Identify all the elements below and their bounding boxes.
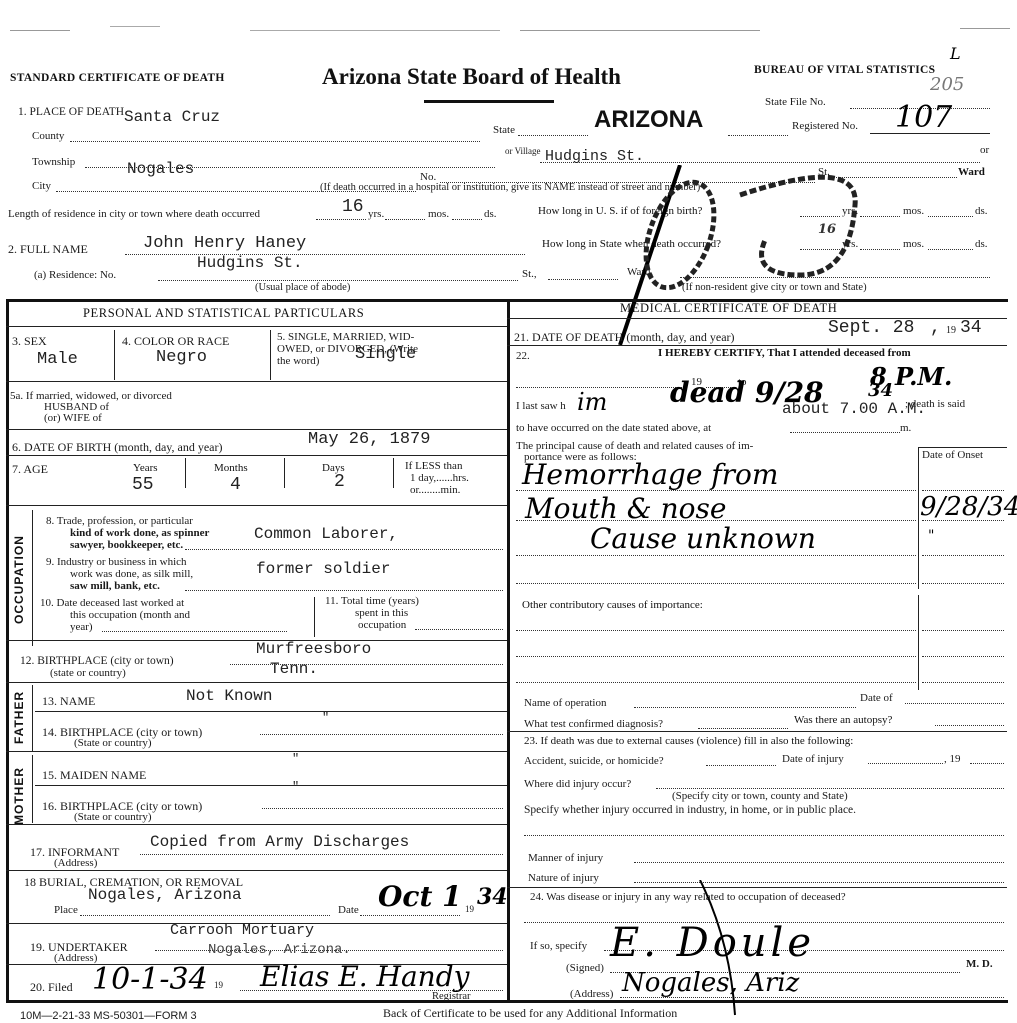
other-onset-field-2[interactable] — [922, 656, 1004, 657]
other-cause-field-2[interactable] — [516, 656, 916, 657]
operation-label: Name of operation — [524, 697, 606, 709]
mother-maiden-label: 15. MAIDEN NAME — [42, 768, 146, 783]
date-of-death-value: Sept. 28 — [828, 318, 914, 338]
nature-label: Nature of injury — [528, 872, 599, 884]
burial-date-value: Oct 1 — [378, 880, 462, 913]
father-name-label: 13. NAME — [42, 694, 95, 709]
registered-value: 107 — [895, 100, 952, 135]
row-divider — [507, 887, 1007, 888]
onset-field-4[interactable] — [922, 583, 1004, 584]
city-label: City — [32, 180, 51, 192]
years-label: Years — [133, 462, 158, 474]
filed-year-prefix: 19 — [214, 980, 223, 990]
father-birthplace-label-2: (State or country) — [74, 737, 152, 749]
mother-maiden-value: " — [292, 752, 299, 766]
row-divider — [35, 785, 507, 786]
scan-noise — [520, 30, 760, 31]
specify-field[interactable] — [524, 835, 1004, 836]
bureau-title: BUREAU OF VITAL STATISTICS — [754, 64, 935, 76]
registrar-signature: Elias E. Handy — [260, 960, 469, 993]
side-divider — [32, 755, 33, 823]
undertaker-address-value: Nogales, Arizona. — [208, 942, 351, 958]
sex-value: Male — [37, 350, 78, 369]
filed-value: 10-1-34 — [92, 962, 208, 997]
cause-field-1[interactable] — [516, 490, 916, 491]
last-worked-field[interactable] — [102, 631, 287, 632]
place-of-death-label: 1. PLACE OF DEATH — [18, 106, 124, 118]
father-birthplace-field[interactable] — [260, 734, 503, 735]
injury-date-label: Date of injury — [782, 753, 844, 765]
pen-stroke — [690, 880, 750, 1020]
cell-divider — [270, 330, 271, 380]
state-days-field[interactable] — [928, 249, 973, 250]
mos-label: mos. — [428, 208, 449, 220]
autopsy-field[interactable] — [935, 725, 1004, 726]
industry-field[interactable] — [185, 590, 503, 591]
county-label: County — [32, 130, 64, 142]
informant-address-label: (Address) — [54, 857, 97, 869]
cause-field-4[interactable] — [516, 583, 916, 584]
other-onset-field-3[interactable] — [922, 682, 1004, 683]
state-file-label: State File No. — [765, 96, 826, 108]
days-value: 2 — [334, 472, 345, 492]
village-label: or Village — [505, 146, 541, 156]
autopsy-label: Was there an autopsy? — [794, 714, 892, 726]
residence-st-label: St., — [522, 268, 537, 280]
township-label: Township — [32, 156, 75, 168]
onset-field-3[interactable] — [922, 555, 1004, 556]
full-name-value: John Henry Haney — [143, 234, 306, 253]
cause-field-3[interactable] — [516, 555, 916, 556]
operation-date-label: Date of — [860, 692, 893, 704]
state-file-stamp: 205 — [930, 74, 964, 95]
where-label: Where did injury occur? — [524, 778, 631, 790]
other-causes-label: Other contributory causes of importance: — [522, 599, 703, 611]
residence-months-field[interactable] — [385, 219, 425, 220]
full-name-field[interactable] — [125, 254, 525, 255]
birthplace-field[interactable] — [230, 664, 503, 665]
residence-length-label: Length of residence in city or town wher… — [8, 208, 260, 220]
burial-year-value: 34 — [477, 884, 508, 910]
accident-field[interactable] — [706, 765, 776, 766]
undertaker-address-label: (Address) — [54, 952, 97, 964]
industry-label-1: 9. Industry or business in which — [46, 556, 187, 568]
undertaker-value: Carrooh Mortuary — [170, 922, 314, 939]
father-name-value: Not Known — [186, 687, 272, 705]
or-label: or — [980, 144, 989, 156]
father-side-label: FATHER — [12, 691, 26, 744]
burial-date-label: Date — [338, 904, 359, 916]
onset-divider-lower — [918, 595, 919, 690]
md-label: M. D. — [966, 958, 993, 970]
registrar-label: Registrar — [432, 991, 471, 1002]
mother-side-label: MOTHER — [12, 767, 26, 825]
filed-label: 20. Filed — [30, 980, 73, 995]
cell-divider — [114, 330, 115, 380]
external-causes-label: 23. If death was due to external causes … — [524, 735, 853, 747]
birthplace-label-1: 12. BIRTHPLACE (city or town) — [20, 655, 174, 667]
burial-place-value: Nogales, Arizona — [88, 886, 242, 904]
form-code: 10M—2-21-33 MS-50301—FORM 3 — [20, 1010, 197, 1022]
where-field[interactable] — [656, 788, 1004, 789]
county-value: Santa Cruz — [124, 108, 220, 126]
injury-year-prefix: , 19 — [944, 753, 961, 765]
residence-field[interactable] — [158, 280, 518, 281]
total-time-label-3: occupation — [358, 619, 406, 631]
cell-divider — [284, 458, 285, 488]
mother-birthplace-value: " — [292, 780, 299, 794]
row-divider — [507, 731, 1007, 732]
operation-field[interactable] — [634, 707, 856, 708]
other-onset-field-1[interactable] — [922, 630, 1004, 631]
cell-divider — [393, 458, 394, 488]
back-of-certificate-note: Back of Certificate to be used for any A… — [383, 1006, 677, 1021]
medical-section-title: MEDICAL CERTIFICATE OF DEATH — [620, 301, 837, 316]
main-box-left — [6, 299, 9, 1001]
side-divider — [32, 685, 33, 751]
row-divider — [35, 711, 507, 712]
manner-label: Manner of injury — [528, 852, 603, 864]
residence-days-field[interactable] — [452, 219, 482, 220]
mother-birthplace-label-2: (State or country) — [74, 811, 152, 823]
yrs-label: yrs. — [368, 208, 384, 220]
row-divider — [6, 751, 507, 752]
date-of-death-year-prefix: 19 — [946, 325, 956, 336]
where-note: (Specify city or town, county and State) — [672, 790, 848, 802]
birthplace-state-value: Tenn. — [270, 660, 318, 678]
birthplace-city-value: Murfreesboro — [256, 640, 371, 658]
test-field[interactable] — [698, 728, 788, 729]
spouse-label-3: (or) WIFE of — [44, 412, 102, 424]
cause-line-3: Cause unknown — [590, 522, 816, 555]
row-divider — [6, 455, 507, 456]
occurred-label: to have occurred on the date stated abov… — [516, 422, 711, 434]
full-name-label: 2. FULL NAME — [8, 242, 88, 257]
certify-number: 22. — [516, 350, 530, 362]
personal-section-title: PERSONAL AND STATISTICAL PARTICULARS — [83, 306, 364, 321]
sex-label: 3. SEX — [12, 334, 47, 349]
state-value: ARIZONA — [594, 106, 703, 134]
mother-birthplace-field[interactable] — [262, 808, 503, 809]
row-divider — [6, 682, 507, 683]
residence-years-field[interactable] — [316, 219, 366, 220]
row-divider — [6, 429, 507, 430]
informant-value: Copied from Army Discharges — [150, 833, 409, 851]
scan-noise — [250, 30, 500, 31]
less-than-label-2: 1 day,......hrs. — [410, 472, 469, 484]
onset-top — [918, 447, 1007, 448]
operation-date-field[interactable] — [905, 703, 1004, 704]
city-value: Nogales — [127, 160, 194, 178]
m-label: m. — [900, 422, 911, 434]
scan-noise — [10, 30, 70, 31]
dob-label: 6. DATE OF BIRTH (month, day, and year) — [12, 440, 222, 455]
date-of-death-comma: , — [930, 318, 941, 338]
row-divider — [6, 505, 507, 506]
age-label: 7. AGE — [12, 462, 48, 477]
last-worked-label-2: this occupation (month and — [70, 609, 190, 621]
less-than-label-1: If LESS than — [405, 460, 462, 472]
ds-label: ds. — [484, 208, 497, 220]
ward-label: Ward — [958, 166, 985, 178]
father-birthplace-value: " — [322, 711, 329, 725]
industry-value: former soldier — [256, 560, 390, 578]
test-label: What test confirmed diagnosis? — [524, 718, 663, 730]
certificate-type-title: STANDARD CERTIFICATE OF DEATH — [10, 72, 225, 84]
last-saw-pronoun: im — [577, 388, 607, 416]
trade-label-1: 8. Trade, profession, or particular — [46, 515, 193, 527]
dob-value: May 26, 1879 — [308, 430, 430, 449]
physician-address-label: (Address) — [570, 988, 613, 1000]
onset-value-3: " — [928, 528, 934, 544]
trade-label-2: kind of work done, as spinner — [70, 527, 209, 539]
last-worked-label-1: 10. Date deceased last worked at — [40, 597, 184, 609]
cause-field-2[interactable] — [516, 520, 916, 521]
certify-text: I HEREBY CERTIFY, That I attended deceas… — [658, 347, 911, 359]
us-mos-label: mos. — [903, 205, 924, 217]
state-field-line-right — [728, 135, 788, 136]
onset-value-2: 9/28/34 — [920, 492, 1017, 522]
side-divider — [32, 510, 33, 646]
onset-field-1[interactable] — [922, 490, 1004, 491]
total-time-label-1: 11. Total time (years) — [325, 595, 419, 607]
cell-divider — [314, 597, 315, 637]
injury-date-field[interactable] — [868, 763, 943, 764]
total-time-field[interactable] — [415, 629, 503, 630]
months-value: 4 — [230, 475, 241, 495]
years-value: 55 — [132, 475, 154, 495]
occurred-time-field[interactable] — [790, 432, 900, 433]
marital-label-1: 5. SINGLE, MARRIED, WID- — [277, 331, 414, 343]
signed-label: (Signed) — [566, 962, 604, 974]
cell-divider — [185, 458, 186, 488]
state-ds-label: ds. — [975, 238, 988, 250]
burial-year-prefix: 19 — [465, 904, 474, 914]
race-value: Negro — [156, 348, 207, 367]
total-time-label-2: spent in this — [355, 607, 408, 619]
trade-value: Common Laborer, — [254, 525, 398, 543]
us-days-field[interactable] — [928, 216, 973, 217]
registered-label: Registered No. — [792, 120, 858, 132]
occupation-related-label: 24. Was disease or injury in any way rel… — [530, 891, 846, 903]
injury-year-field[interactable] — [970, 763, 1004, 764]
months-label: Months — [214, 462, 248, 474]
cause-line-1: Hemorrhage from — [522, 458, 778, 491]
county-field[interactable] — [70, 141, 480, 142]
marital-label-3: the word) — [277, 355, 319, 367]
burial-place-label: Place — [54, 904, 78, 916]
row-divider — [6, 326, 507, 327]
village-field[interactable] — [540, 162, 980, 163]
other-cause-field-1[interactable] — [516, 630, 916, 631]
row-divider — [6, 381, 507, 382]
board-title: Arizona State Board of Health — [322, 64, 621, 90]
burial-date-field[interactable] — [360, 915, 460, 916]
industry-label-3: saw mill, bank, etc. — [70, 580, 160, 592]
onset-header: Date of Onset — [922, 449, 983, 461]
onset-divider — [918, 447, 919, 589]
birthplace-label-2: (state or country) — [50, 667, 126, 679]
residence-value: Hudgins St. — [197, 254, 303, 272]
residence-label: (a) Residence: No. — [34, 269, 116, 281]
main-box-bottom — [6, 1000, 1008, 1003]
if-so-label: If so, specify — [530, 940, 587, 952]
registered-field[interactable] — [870, 133, 990, 134]
trade-label-3: sawyer, bookkeeper, etc. — [70, 539, 183, 551]
state-field-line — [518, 135, 588, 136]
last-saw-year: 34 — [868, 380, 893, 401]
occupation-side-label: OCCUPATION — [12, 535, 26, 624]
informant-field[interactable] — [140, 854, 503, 855]
corner-mark: L — [950, 44, 961, 63]
residence-years-value: 16 — [342, 197, 364, 217]
row-divider — [6, 824, 507, 825]
burial-place-field[interactable] — [80, 915, 330, 916]
trade-field[interactable] — [185, 549, 503, 550]
us-ds-label: ds. — [975, 205, 988, 217]
title-underline — [424, 100, 554, 103]
other-cause-field-3[interactable] — [516, 682, 916, 683]
date-of-death-label: 21. DATE OF DEATH (month, day, and year) — [514, 330, 735, 345]
physician-address-field[interactable] — [620, 997, 1004, 998]
about-time-value: about 7.00 A.M. — [782, 400, 926, 418]
industry-label-2: work was done, as silk mill, — [70, 568, 193, 580]
state-mos-label: mos. — [903, 238, 924, 250]
last-worked-label-3: year) — [70, 621, 93, 633]
manner-field[interactable] — [634, 862, 1004, 863]
onset-field-2[interactable] — [922, 520, 1004, 521]
usual-abode-note: (Usual place of abode) — [255, 282, 350, 293]
specify-label: Specify whether injury occurred in indus… — [524, 804, 856, 816]
accident-label: Accident, suicide, or homicide? — [524, 755, 664, 767]
row-divider — [507, 345, 1007, 346]
scan-noise — [960, 28, 1010, 29]
scan-noise — [110, 26, 160, 27]
less-than-label-3: or........min. — [410, 484, 460, 496]
race-label: 4. COLOR OR RACE — [122, 334, 229, 349]
date-of-death-year: 34 — [960, 318, 982, 338]
row-divider — [6, 870, 507, 871]
last-saw-label: I last saw h — [516, 400, 566, 412]
state-label: State — [493, 124, 515, 136]
marital-value: Single — [355, 345, 416, 364]
